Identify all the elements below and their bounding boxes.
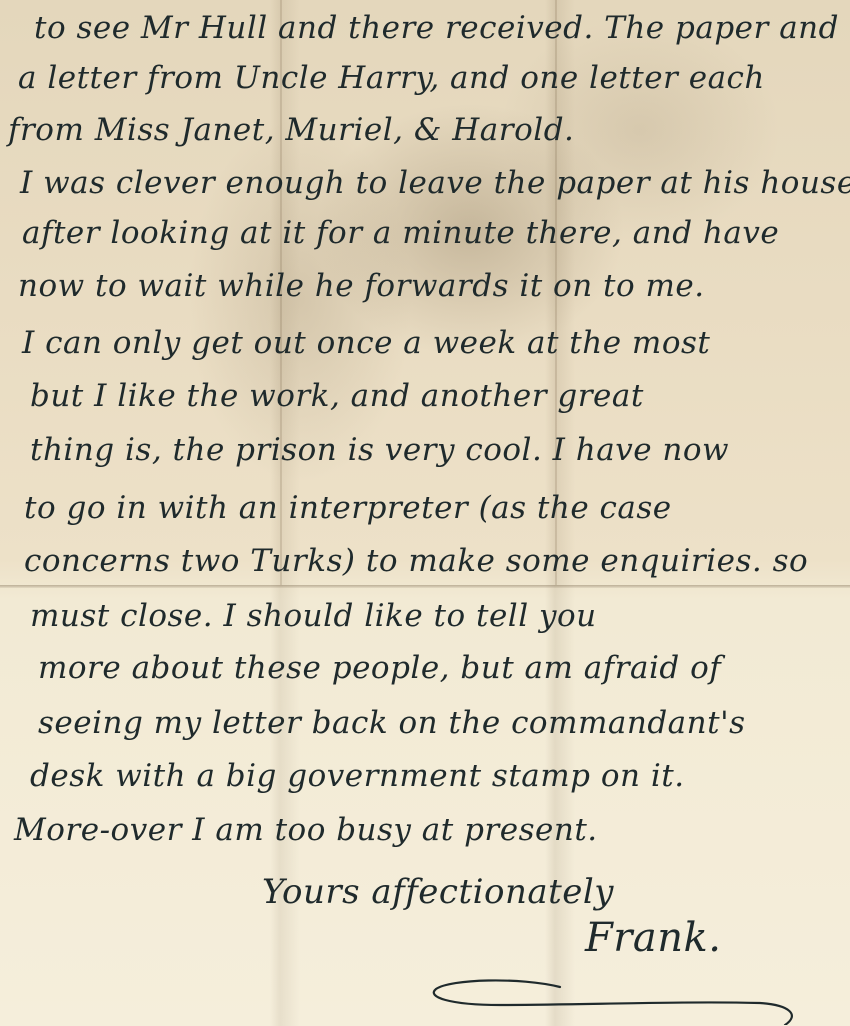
letter-line-5: after looking at it for a minute there, … [22,215,779,251]
letter-line-16: More-over I am too busy at present. [14,812,598,848]
letter-line-11: concerns two Turks) to make some enquiri… [24,543,808,579]
letter-line-2: a letter from Uncle Harry, and one lette… [18,60,765,96]
letter-line-1: to see Mr Hull and there received. The p… [34,10,839,46]
letter-line-3: from Miss Janet, Muriel, & Harold. [8,112,574,148]
horizontal-fold-crease [0,585,850,588]
letter-line-14: seeing my letter back on the commandant'… [38,705,746,741]
letter-page: to see Mr Hull and there received. The p… [0,0,850,1026]
letter-line-15: desk with a big government stamp on it. [30,758,685,794]
letter-line-4: I was clever enough to leave the paper a… [20,165,850,201]
letter-line-7: I can only get out once a week at the mo… [22,325,710,361]
letter-line-13: more about these people, but am afraid o… [38,650,721,686]
letter-line-6: now to wait while he forwards it on to m… [18,268,705,304]
letter-line-10: to go in with an interpreter (as the cas… [24,490,672,526]
letter-closing: Yours affectionately [262,872,614,912]
letter-line-9: thing is, the prison is very cool. I hav… [30,432,729,468]
letter-line-8: but I like the work, and another great [30,378,644,414]
letter-line-12: must close. I should like to tell you [30,598,597,634]
signature-flourish-icon [430,975,800,1025]
letter-signature: Frank. [585,915,721,961]
